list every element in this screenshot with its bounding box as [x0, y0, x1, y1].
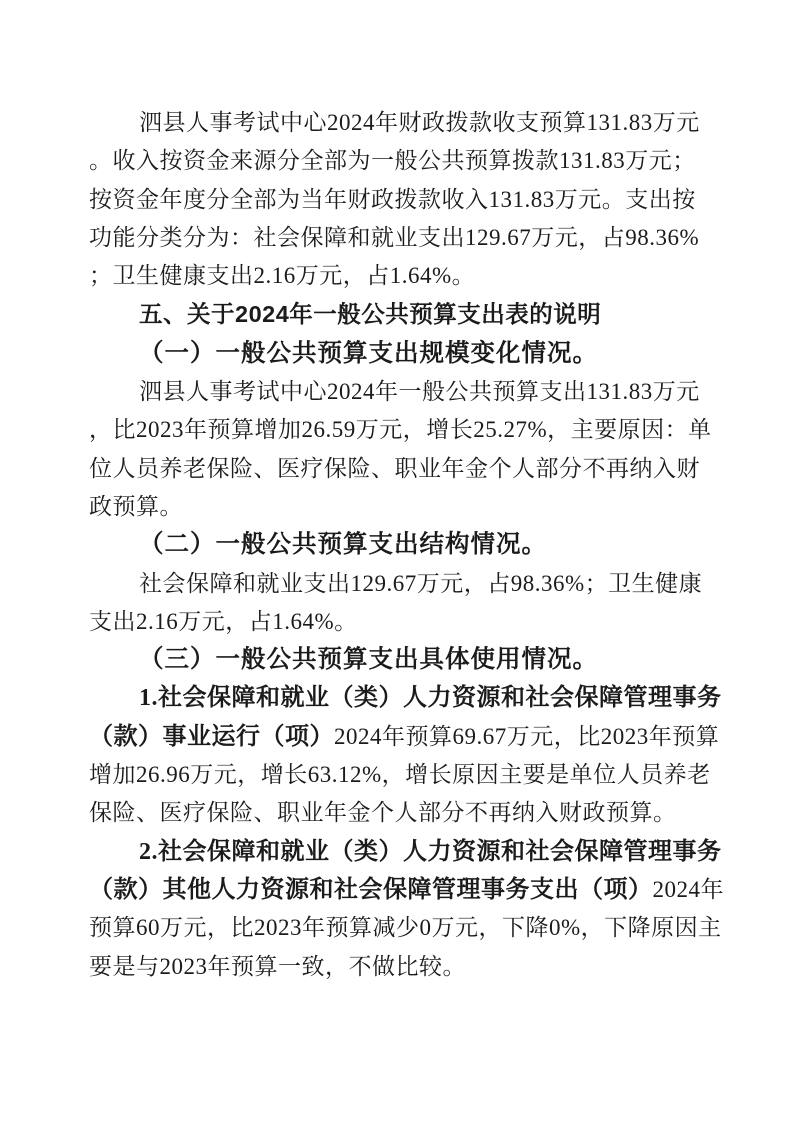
text-run: 要是与2023年预算一致，不做比较。	[89, 954, 466, 979]
bold-text-run: （款）事业运行（项）	[89, 724, 334, 750]
text-line: （三）一般公共预算支出具体使用情况。	[89, 641, 674, 679]
text-run: ；卫生健康支出2.16万元，占1.64%。	[89, 263, 475, 288]
item-2-other-hr-expenditure: 2.社会保障和就业（类）人力资源和社会保障管理事务（款）其他人力资源和社会保障管…	[89, 833, 674, 986]
text-line: （款）事业运行（项）2024年预算69.67万元，比2023年预算	[89, 718, 674, 756]
text-line: 政预算。	[89, 488, 674, 526]
text-run: 位人员养老保险、医疗保险、职业年金个人部分不再纳入财	[89, 456, 700, 481]
bold-text-run: （一）一般公共预算支出规模变化情况。	[139, 340, 598, 367]
bold-text-run: （二）一般公共预算支出结构情况。	[139, 531, 547, 558]
text-line: 功能分类分为：社会保障和就业支出129.67万元，占98.36%	[89, 219, 674, 257]
text-line: 泗县人事考试中心2024年一般公共预算支出131.83万元	[89, 373, 674, 411]
text-run: 按资金年度分全部为当年财政拨款收入131.83万元。支出按	[89, 187, 696, 212]
item-1-operation-expenditure: 1.社会保障和就业（类）人力资源和社会保障管理事务（款）事业运行（项）2024年…	[89, 679, 674, 832]
text-run: 社会保障和就业支出129.67万元，占98.36%；卫生健康	[139, 571, 702, 596]
text-run: 预算60万元，比2023年预算减少0万元，下降0%，下降原因主	[89, 915, 722, 940]
document-body: 泗县人事考试中心2024年财政拨款收支预算131.83万元。收入按资金来源分全部…	[89, 104, 674, 986]
text-line: ；卫生健康支出2.16万元，占1.64%。	[89, 257, 674, 295]
text-line: 保险、医疗保险、职业年金个人部分不再纳入财政预算。	[89, 794, 674, 832]
text-run: 2024年	[653, 877, 725, 902]
expenditure-structure: 社会保障和就业支出129.67万元，占98.36%；卫生健康支出2.16万元，占…	[89, 565, 674, 642]
bold-text-run: 2.社会保障和就业（类）人力资源和社会保障管理事务	[139, 839, 722, 865]
text-run: 泗县人事考试中心2024年一般公共预算支出131.83万元	[139, 379, 700, 404]
text-line: （二）一般公共预算支出结构情况。	[89, 526, 674, 564]
fiscal-appropriation-overview: 泗县人事考试中心2024年财政拨款收支预算131.83万元。收入按资金来源分全部…	[89, 104, 674, 295]
text-run: 增加26.96万元，增长63.12%，增长原因主要是单位人员养老	[89, 762, 711, 787]
text-line: 五、关于2024年一般公共预算支出表的说明	[89, 295, 674, 334]
text-line: 1.社会保障和就业（类）人力资源和社会保障管理事务	[89, 679, 674, 717]
expenditure-scale-change: 泗县人事考试中心2024年一般公共预算支出131.83万元，比2023年预算增加…	[89, 373, 674, 526]
text-run: 支出2.16万元，占1.64%。	[89, 609, 358, 634]
subsection-2-heading: （二）一般公共预算支出结构情况。	[89, 526, 674, 564]
text-line: ，比2023年预算增加26.59万元，增长25.27%，主要原因：单	[89, 411, 674, 449]
text-line: 支出2.16万元，占1.64%。	[89, 603, 674, 641]
text-line: （款）其他人力资源和社会保障管理事务支出（项）2024年	[89, 871, 674, 909]
text-run: ，比2023年预算增加26.59万元，增长25.27%，主要原因：单	[89, 417, 712, 442]
section-5-heading: 五、关于2024年一般公共预算支出表的说明	[89, 295, 674, 334]
text-line: 。收入按资金来源分全部为一般公共预算拨款131.83万元；	[89, 142, 674, 180]
text-run: 功能分类分为：社会保障和就业支出129.67万元，占98.36%	[89, 225, 699, 250]
subsection-1-heading: （一）一般公共预算支出规模变化情况。	[89, 335, 674, 373]
text-line: 泗县人事考试中心2024年财政拨款收支预算131.83万元	[89, 104, 674, 142]
document-page: 泗县人事考试中心2024年财政拨款收支预算131.83万元。收入按资金来源分全部…	[0, 0, 793, 1122]
bold-text-run: 五、关于2024年一般公共预算支出表的说明	[139, 301, 601, 327]
text-run: 政预算。	[89, 494, 183, 519]
text-line: 社会保障和就业支出129.67万元，占98.36%；卫生健康	[89, 565, 674, 603]
text-line: 按资金年度分全部为当年财政拨款收入131.83万元。支出按	[89, 181, 674, 219]
text-line: 预算60万元，比2023年预算减少0万元，下降0%，下降原因主	[89, 909, 674, 947]
text-line: （一）一般公共预算支出规模变化情况。	[89, 335, 674, 373]
text-run: 2024年预算69.67万元，比2023年预算	[334, 724, 719, 749]
bold-text-run: （款）其他人力资源和社会保障管理事务支出（项）	[89, 877, 653, 903]
text-line: 增加26.96万元，增长63.12%，增长原因主要是单位人员养老	[89, 756, 674, 794]
bold-text-run: （三）一般公共预算支出具体使用情况。	[139, 646, 598, 673]
bold-text-run: 1.社会保障和就业（类）人力资源和社会保障管理事务	[139, 685, 722, 711]
text-line: 要是与2023年预算一致，不做比较。	[89, 948, 674, 986]
text-line: 位人员养老保险、医疗保险、职业年金个人部分不再纳入财	[89, 450, 674, 488]
text-run: 泗县人事考试中心2024年财政拨款收支预算131.83万元	[139, 110, 700, 135]
text-run: 。收入按资金来源分全部为一般公共预算拨款131.83万元；	[89, 148, 696, 173]
text-run: 保险、医疗保险、职业年金个人部分不再纳入财政预算。	[89, 800, 677, 825]
text-line: 2.社会保障和就业（类）人力资源和社会保障管理事务	[89, 833, 674, 871]
subsection-3-heading: （三）一般公共预算支出具体使用情况。	[89, 641, 674, 679]
